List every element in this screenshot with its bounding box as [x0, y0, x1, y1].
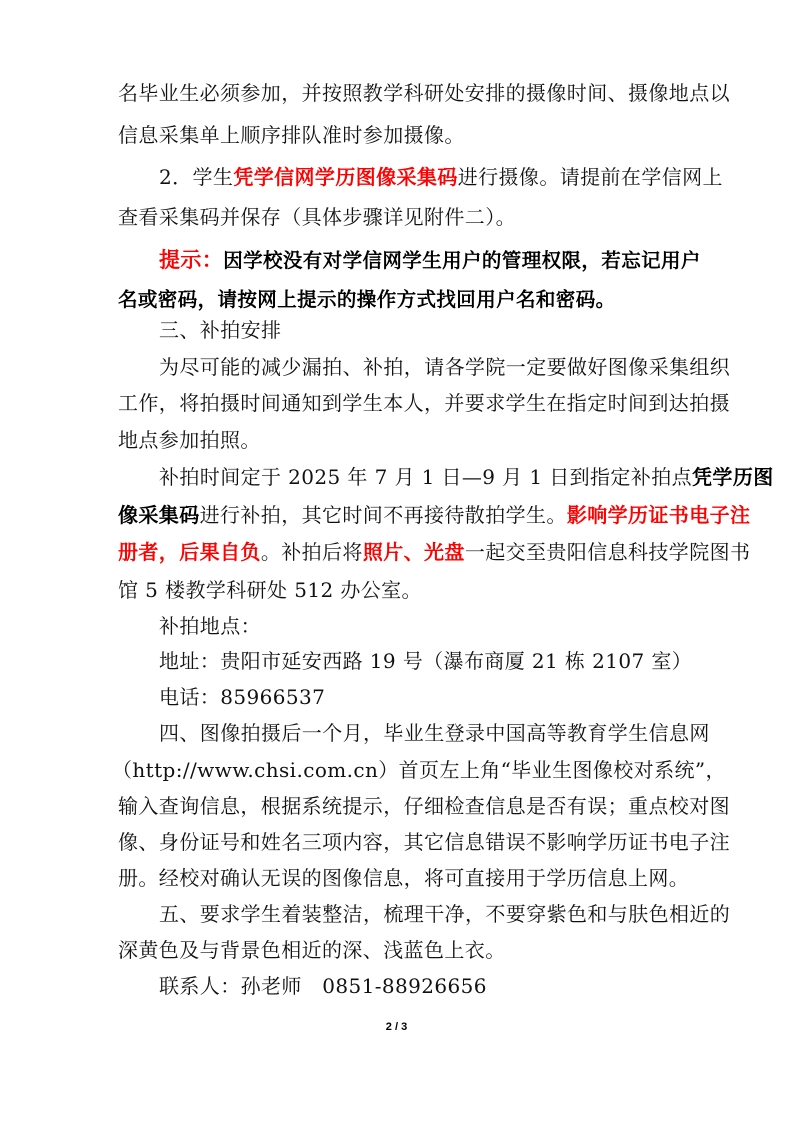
text-span: 。补拍后将: [261, 540, 363, 564]
tip-line: 名或密码，请按网上提示的操作方式找回用户名和密码。: [118, 288, 678, 312]
paragraph-item-2: 2．学生凭学信网学历图像采集码进行摄像。请提前在学信网上: [159, 165, 719, 189]
page-number: 2 / 3: [0, 1021, 793, 1033]
highlight-red-text: 影响学历证书电子注: [567, 503, 751, 527]
paragraph-line: 名毕业生必须参加，并按照教学科研处安排的摄像时间、摄像地点以: [118, 81, 678, 105]
highlight-red-text: 照片、光盘: [363, 540, 465, 564]
section-4-line: 像、身份证号和姓名三项内容，其它信息错误不影响学历证书电子注: [118, 830, 678, 854]
bold-text: 像采集码: [118, 503, 200, 527]
paragraph-line: 地点参加拍照。: [118, 428, 678, 452]
paragraph-line: 工作，将拍摄时间通知到学生本人，并要求学生在指定时间到达拍摄: [118, 391, 678, 415]
section-5-line: 五、要求学生着装整洁，梳理干净，不要穿紫色和与肤色相近的: [159, 902, 719, 926]
text-span: 一起交至贵阳信息科技学院图书: [465, 540, 751, 564]
paragraph-line: 馆 5 楼教学科研处 512 办公室。: [118, 578, 678, 602]
section-4-line: 册。经校对确认无误的图像信息，将可直接用于学历信息上网。: [118, 866, 678, 890]
paragraph-line: 为尽可能的减少漏拍、补拍，请各学院一定要做好图像采集组织: [159, 355, 719, 379]
tip-label: 提示：: [159, 248, 223, 272]
text-span: 进行摄像。请提前在学信网上: [458, 165, 723, 189]
bold-text: 凭学历图: [692, 465, 774, 489]
section-4-line: 输入查询信息，根据系统提示，仔细检查信息是否有误；重点校对图: [118, 794, 678, 818]
address-line: 地址：贵阳市延安西路 19 号（瀑布商厦 21 栋 2107 室）: [159, 649, 719, 673]
paragraph-line: 补拍时间定于 2025 年 7 月 1 日—9 月 1 日到指定补拍点凭学历图: [159, 465, 719, 489]
highlight-red-text: 册者，后果自负: [118, 540, 261, 564]
section-4-line: （http://www.chsi.com.cn）首页左上角“毕业生图像校对系统”…: [112, 758, 672, 782]
section-5-line: 深黄色及与背景色相近的深、浅蓝色上衣。: [118, 938, 678, 962]
makeup-location-label: 补拍地点：: [159, 614, 719, 638]
phone-line: 电话：85966537: [159, 685, 719, 709]
paragraph-line: 信息采集单上顺序排队准时参加摄像。: [118, 123, 678, 147]
paragraph-line: 像采集码进行补拍，其它时间不再接待散拍学生。影响学历证书电子注: [118, 503, 678, 527]
text-span: 进行补拍，其它时间不再接待散拍学生。: [200, 503, 567, 527]
section-heading-3: 三、补拍安排: [159, 318, 719, 342]
section-4-line: 四、图像拍摄后一个月，毕业生登录中国高等教育学生信息网: [159, 721, 719, 745]
highlight-red-text: 凭学信网学历图像采集码: [233, 165, 457, 189]
text-span: 补拍时间定于 2025 年 7 月 1 日—9 月 1 日到指定补拍点: [159, 465, 692, 489]
contact-line: 联系人：孙老师 0851-88926656: [159, 974, 719, 998]
paragraph-line: 查看采集码并保存（具体步骤详见附件二）。: [118, 205, 678, 229]
paragraph-line: 册者，后果自负。补拍后将照片、光盘一起交至贵阳信息科技学院图书: [118, 540, 678, 564]
text-span: 2．学生: [159, 165, 233, 189]
tip-line: 提示：因学校没有对学信网学生用户的管理权限，若忘记用户: [159, 248, 719, 273]
document-page: 名毕业生必须参加，并按照教学科研处安排的摄像时间、摄像地点以 信息采集单上顺序排…: [0, 0, 793, 1122]
tip-text: 因学校没有对学信网学生用户的管理权限，若忘记用户: [223, 249, 701, 272]
